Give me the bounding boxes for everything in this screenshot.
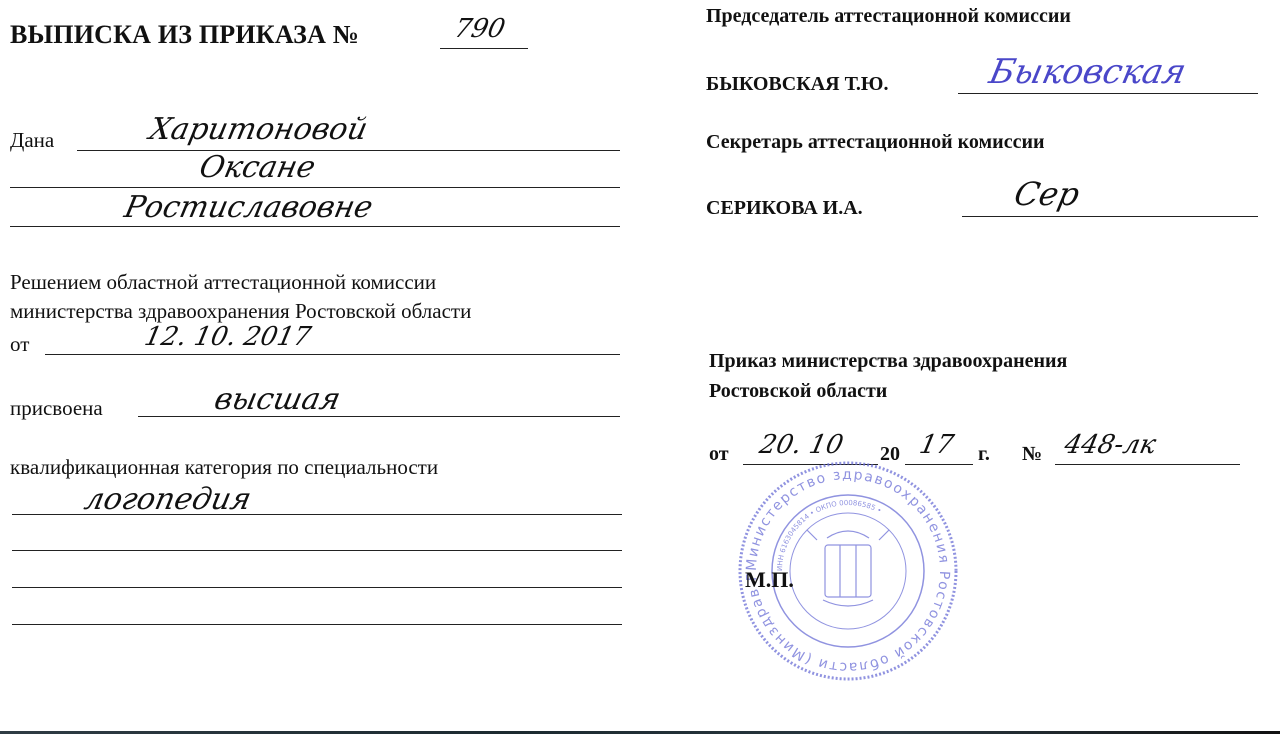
coat-of-arms-icon xyxy=(807,530,889,606)
specialty-line-4 xyxy=(12,624,622,625)
order-number-line xyxy=(1055,464,1240,465)
recipient-name: Оксане xyxy=(196,150,318,185)
secretary-signature-line xyxy=(962,216,1258,217)
decision-text-2: министерства здравоохранения Ростовской … xyxy=(10,299,471,324)
given-label: Дана xyxy=(10,128,54,153)
chairman-signature: Быковская xyxy=(986,52,1190,92)
secretary-title: Секретарь аттестационной комиссии xyxy=(706,131,1045,154)
recipient-line-3 xyxy=(10,226,620,227)
recipient-surname: Харитоновой xyxy=(146,112,370,147)
chairman-signature-line xyxy=(958,93,1258,94)
recipient-line-1 xyxy=(77,150,620,151)
assigned-label: присвоена xyxy=(10,396,103,421)
order-title-1: Приказ министерства здравоохранения xyxy=(709,350,1067,373)
secretary-name: СЕРИКОВА И.А. xyxy=(706,197,863,220)
chairman-name: БЫКОВСКАЯ Т.Ю. xyxy=(706,73,888,96)
specialty-handwritten: логопедия xyxy=(81,482,254,517)
recipient-line-2 xyxy=(10,187,620,188)
qualification-label: квалификационная категория по специально… xyxy=(10,455,438,480)
order-title-2: Ростовской области xyxy=(709,380,887,403)
decision-text-1: Решением областной аттестационной комисс… xyxy=(10,270,436,295)
order-number-handwritten: 448-лк xyxy=(1062,430,1159,460)
specialty-line-3 xyxy=(12,587,622,588)
document-title: ВЫПИСКА ИЗ ПРИКАЗА № xyxy=(10,20,359,50)
order-year-suffix: 17 xyxy=(917,430,956,460)
secretary-signature: Сер xyxy=(1011,175,1083,213)
order-number-handwritten: 790 xyxy=(452,14,508,44)
order-day-month: 20. 10 xyxy=(757,430,846,460)
order-number-line xyxy=(440,48,528,49)
svg-text:ИНН 6163045814 • ОКПО 00086585: ИНН 6163045814 • ОКПО 00086585 • xyxy=(776,499,883,571)
order-number-label: № xyxy=(1022,443,1042,466)
decision-from-label: от xyxy=(10,332,29,357)
decision-date-line xyxy=(45,354,620,355)
recipient-patronymic: Ростиславовне xyxy=(121,190,376,225)
seal-place-label: М.П. xyxy=(745,567,794,593)
seal-inner-text: ИНН 6163045814 • ОКПО 00086585 • xyxy=(776,499,883,571)
specialty-line-2 xyxy=(12,550,622,551)
order-from-label: от xyxy=(709,443,729,466)
page-bottom-edge xyxy=(0,731,1280,734)
category-handwritten: высшая xyxy=(211,382,343,417)
chairman-title: Председатель аттестационной комиссии xyxy=(706,5,1071,28)
order-year-label: г. xyxy=(978,443,990,466)
decision-date-handwritten: 12. 10. 2017 xyxy=(142,322,314,352)
